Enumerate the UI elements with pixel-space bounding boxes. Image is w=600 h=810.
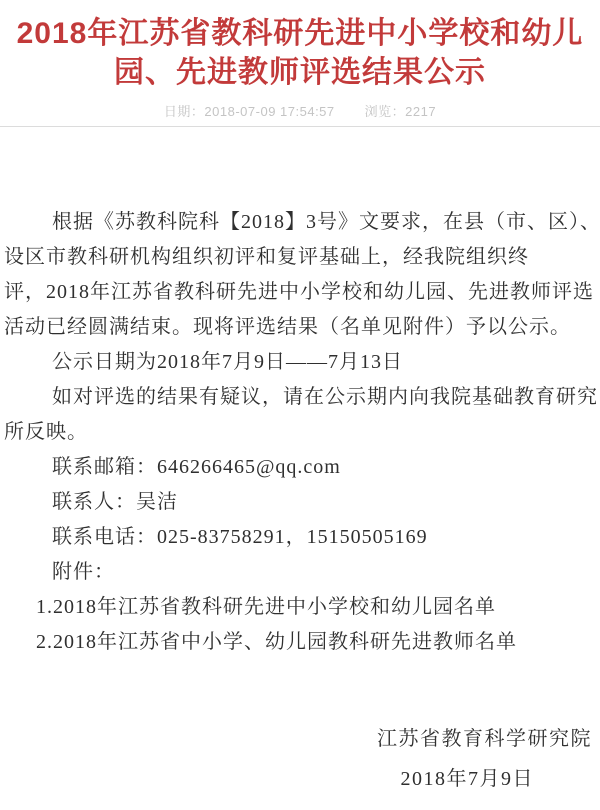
footer-organization: 江苏省教育科学研究院 <box>0 724 600 754</box>
attachment-2-line: 2.2018年江苏省中小学、幼儿园教科研先进教师名单 <box>4 625 596 660</box>
intro-line-3: 评，2018年江苏省教科研先进中小学校和幼儿园、先进教师评选 <box>4 275 596 310</box>
divider <box>0 126 600 127</box>
publicity-period-line: 公示日期为2018年7月9日——7月13日 <box>4 345 596 380</box>
announcement-page: 2018年江苏省教科研先进中小学校和幼儿 园、先进教师评选结果公示 日期：201… <box>0 0 600 810</box>
date-value: 2018-07-09 17:54:57 <box>204 104 334 119</box>
article-body: 根据《苏教科院科【2018】3号》文要求，在县（市、区）、 设区市教科研机构组织… <box>0 205 600 660</box>
intro-line-1: 根据《苏教科院科【2018】3号》文要求，在县（市、区）、 <box>4 205 596 240</box>
attachment-1-line: 1.2018年江苏省教科研先进中小学校和幼儿园名单 <box>4 590 596 625</box>
contact-email-line: 联系邮箱：646266465@qq.com <box>4 450 596 485</box>
contact-person-line: 联系人：吴洁 <box>4 485 596 520</box>
contact-phone-line: 联系电话：025-83758291，15150505169 <box>4 520 596 555</box>
views-label: 浏览： <box>365 104 406 119</box>
intro-line-2: 设区市教科研机构组织初评和复评基础上，经我院组织终 <box>4 240 596 275</box>
meta-bar: 日期：2018-07-09 17:54:57浏览：2217 <box>0 104 600 120</box>
intro-line-4: 活动已经圆满结束。现将评选结果（名单见附件）予以公示。 <box>4 310 596 345</box>
page-title-line-2: 园、先进教师评选结果公示 <box>0 53 600 92</box>
page-title: 2018年江苏省教科研先进中小学校和幼儿 园、先进教师评选结果公示 <box>0 14 600 92</box>
objection-line-2: 所反映。 <box>4 415 596 450</box>
objection-line-1: 如对评选的结果有疑议，请在公示期内向我院基础教育研究 <box>4 380 596 415</box>
page-title-line-1: 2018年江苏省教科研先进中小学校和幼儿 <box>0 14 600 53</box>
date-label: 日期： <box>164 104 205 119</box>
attachments-label-line: 附件： <box>4 555 596 590</box>
footer-date: 2018年7月9日 <box>0 764 600 794</box>
footer-signature-block: 江苏省教育科学研究院 2018年7月9日 <box>0 724 600 794</box>
views-value: 2217 <box>405 104 436 119</box>
